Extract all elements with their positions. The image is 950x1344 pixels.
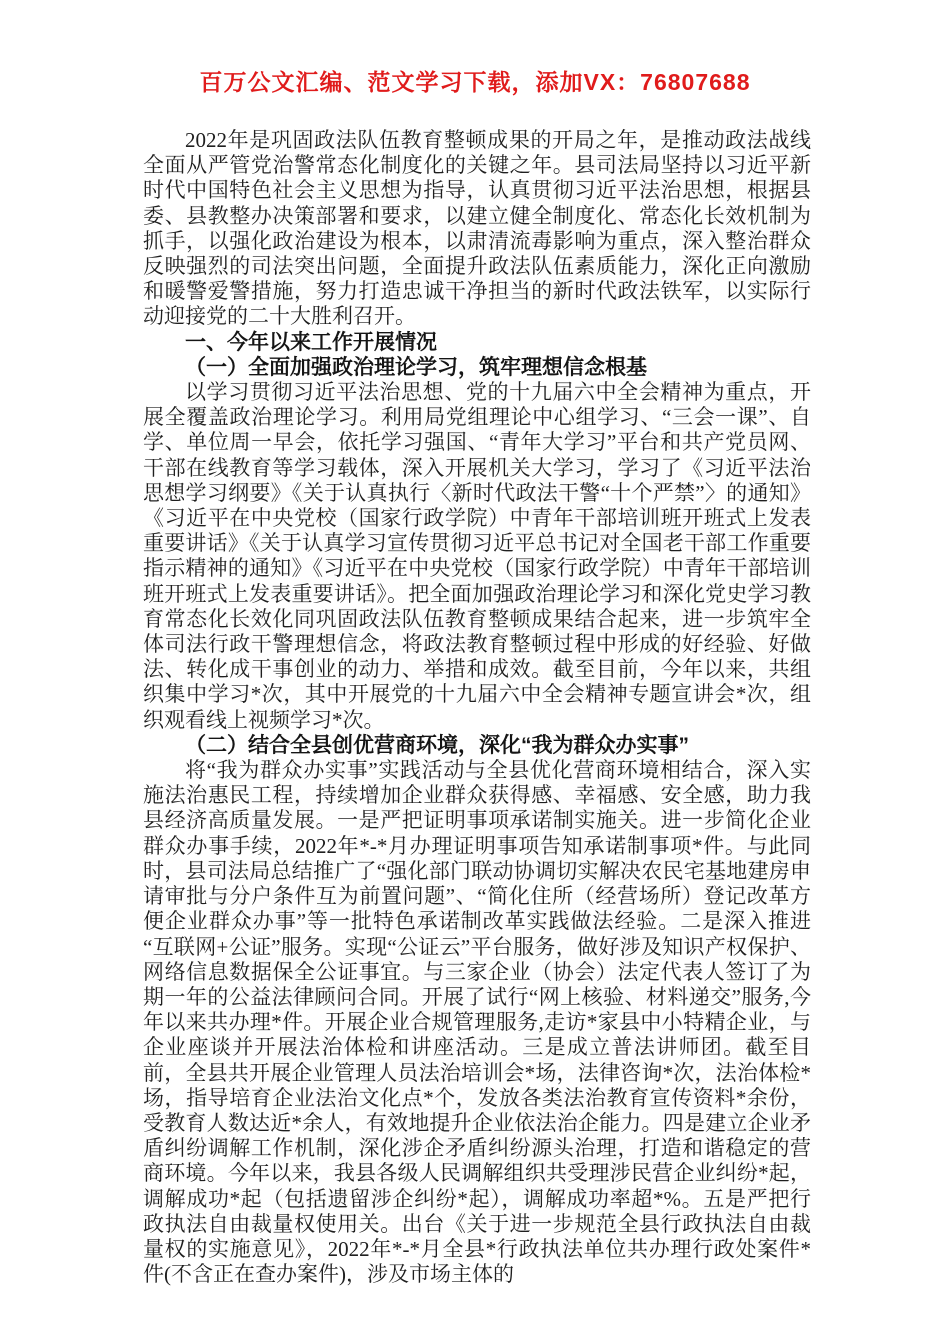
heading-subsection-one: （一）全面加强政治理论学习，筑牢理想信念根基 <box>143 355 811 380</box>
paragraph-theory-study: 以学习贯彻习近平法治思想、党的十九届六中全会精神为重点，开展全覆盖政治理论学习。… <box>143 380 811 733</box>
promo-header-text: 百万公文汇编、范文学习下载，添加VX：76807688 <box>0 64 950 97</box>
document-body: 2022年是巩固政法队伍教育整顿成果的开局之年，是推动政法战线全面从严管党治警常… <box>143 128 811 1287</box>
heading-section-one: 一、今年以来工作开展情况 <box>143 330 811 355</box>
paragraph-intro: 2022年是巩固政法队伍教育整顿成果的开局之年，是推动政法战线全面从严管党治警常… <box>143 128 811 330</box>
paragraph-business-environment: 将“我为群众办实事”实践活动与全县优化营商环境相结合，深入实施法治惠民工程，持续… <box>143 758 811 1287</box>
heading-subsection-two: （二）结合全县创优营商环境，深化“我为群众办实事” <box>143 733 811 758</box>
document-page: 百万公文汇编、范文学习下载，添加VX：76807688 2022年是巩固政法队伍… <box>0 0 950 1344</box>
